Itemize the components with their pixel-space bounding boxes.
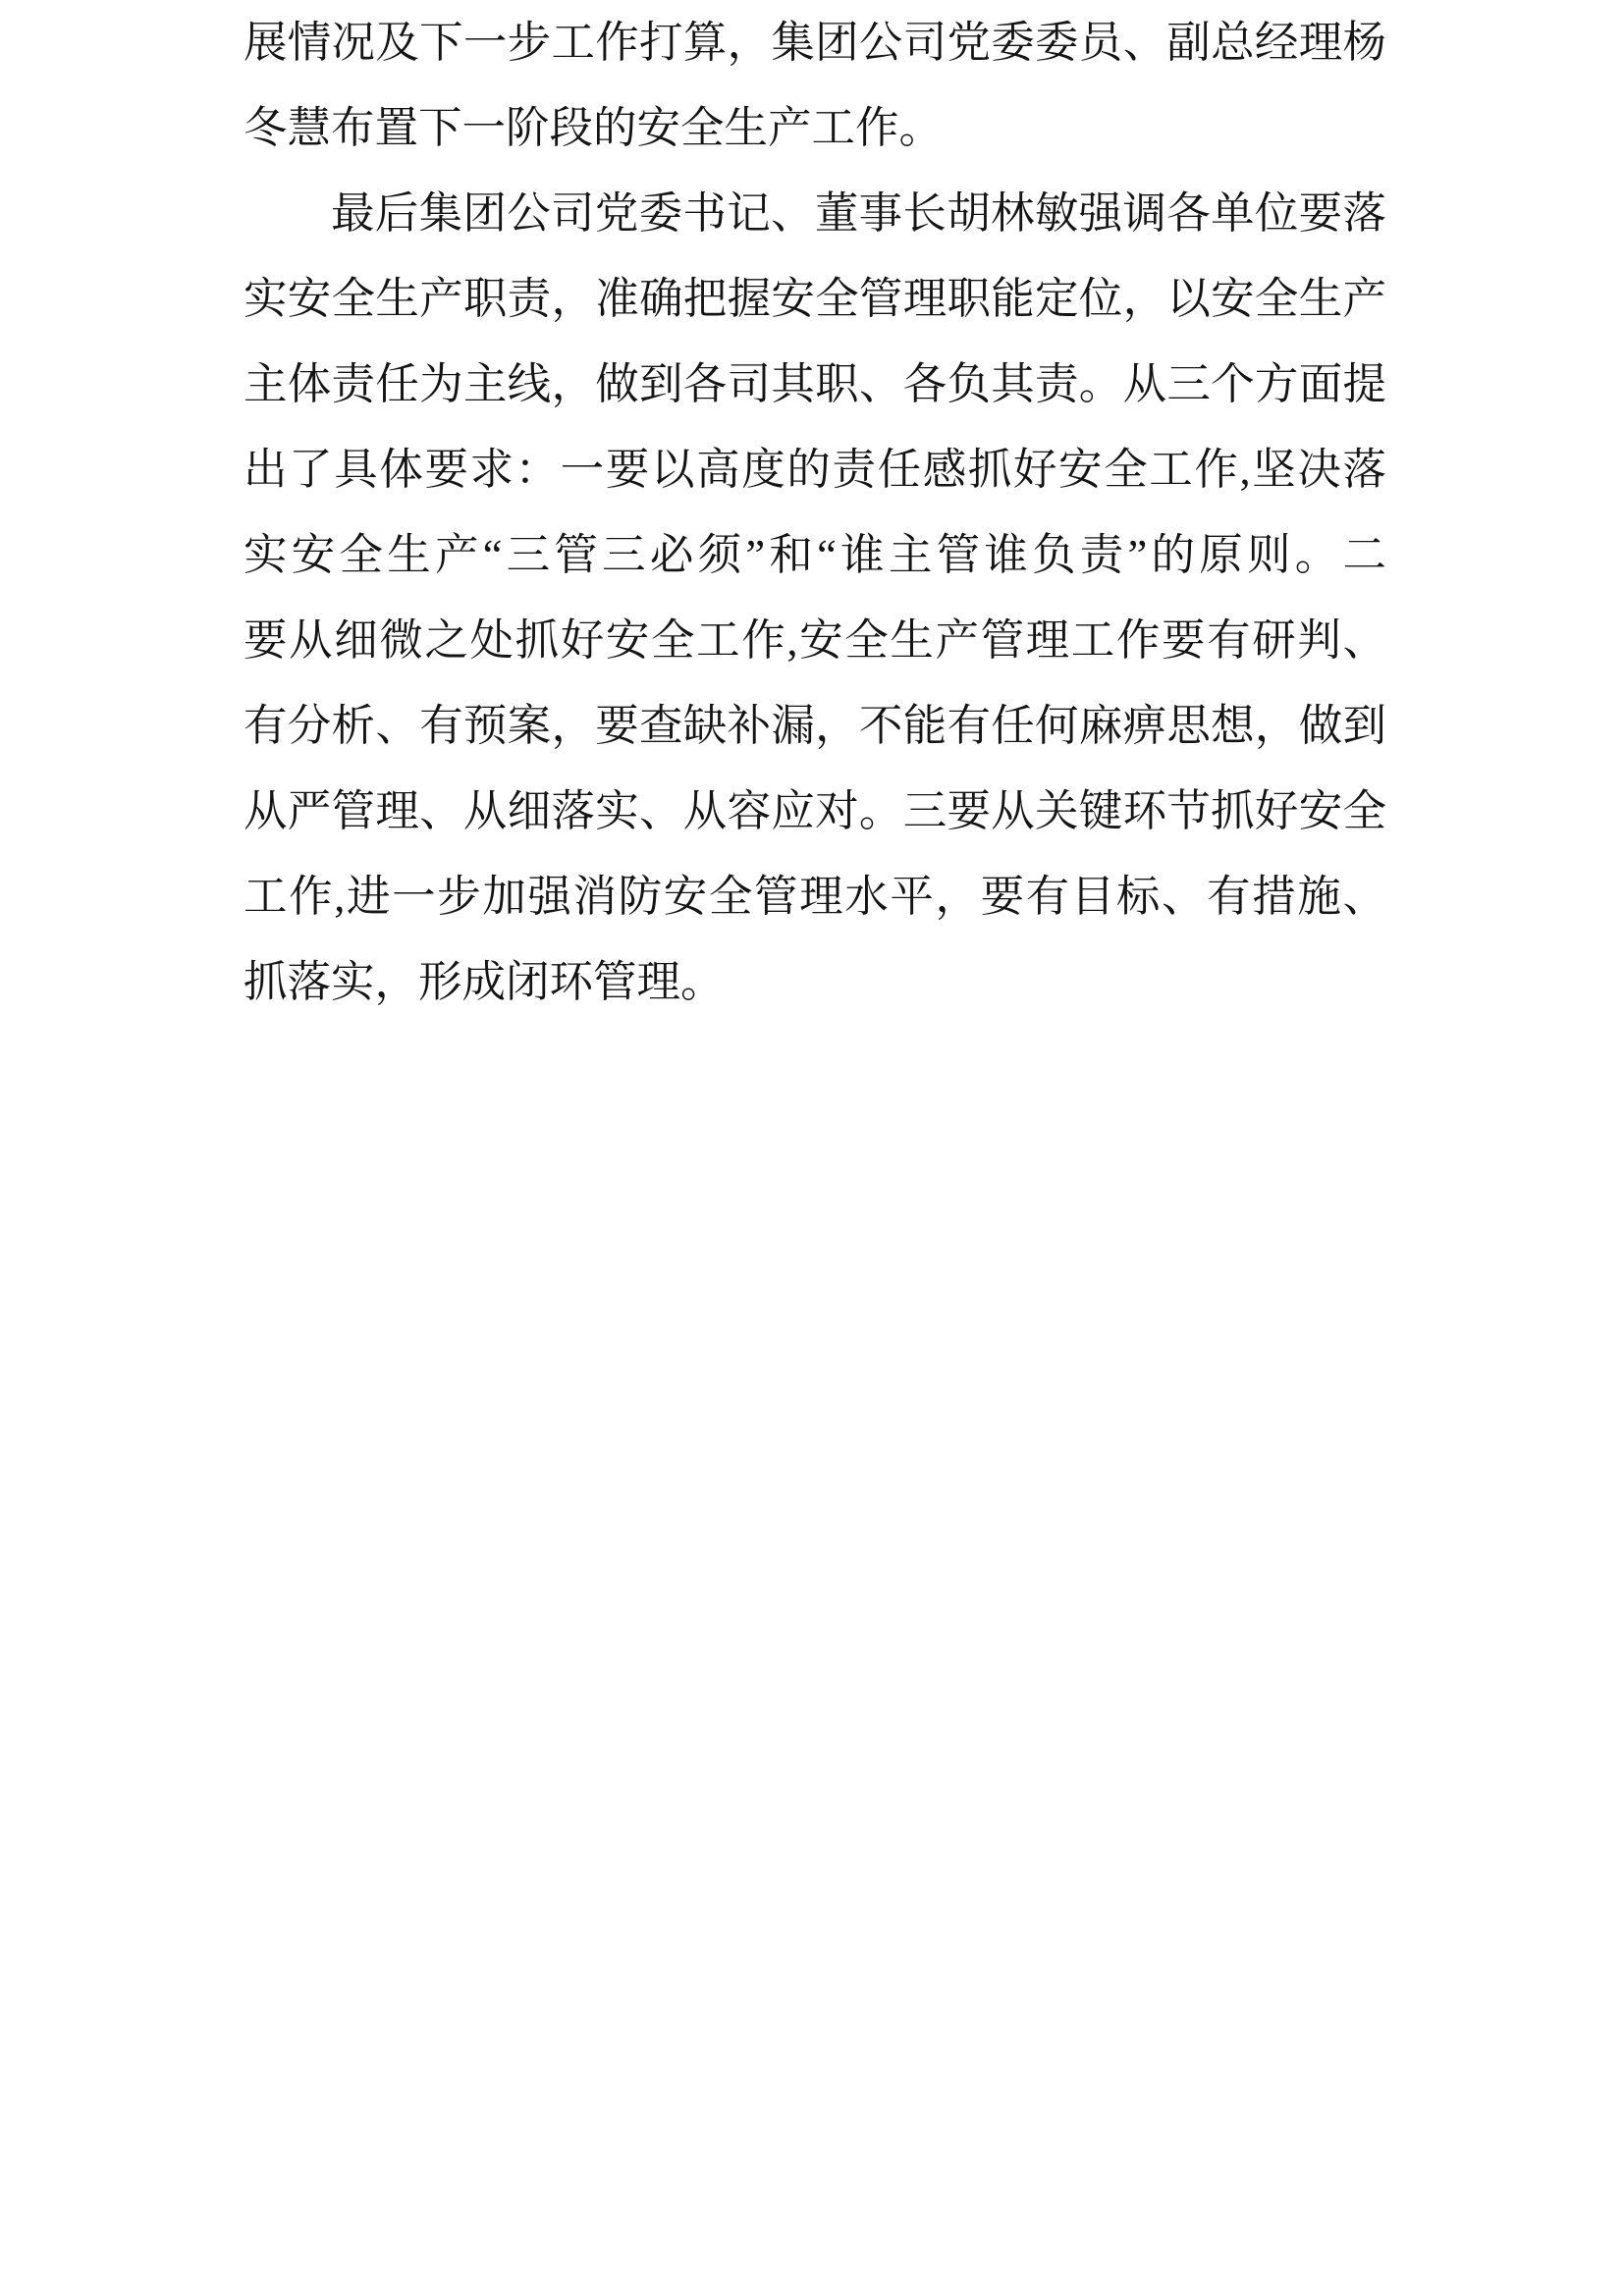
text-line: 展情况及下一步工作打算，集团公司党委委员、副总经理杨: [244, 0, 1386, 85]
text-line-paragraph-start: 最后集团公司党委书记、董事长胡林敏强调各单位要落: [244, 171, 1386, 256]
text-block: 展情况及下一步工作打算，集团公司党委委员、副总经理杨 冬慧布置下一阶段的安全生产…: [244, 0, 1386, 1025]
document-page: 展情况及下一步工作打算，集团公司党委委员、副总经理杨 冬慧布置下一阶段的安全生产…: [0, 0, 1624, 2296]
text-line: 出了具体要求：一要以高度的责任感抓好安全工作,坚决落: [244, 427, 1386, 512]
text-line: 主体责任为主线，做到各司其职、各负其责。从三个方面提: [244, 342, 1386, 427]
text-line: 实安全生产职责，准确把握安全管理职能定位，以安全生产: [244, 256, 1386, 342]
text-line: 实安全生产“三管三必须”和“谁主管谁负责”的原则。二: [244, 512, 1386, 598]
text-line-paragraph-end: 冬慧布置下一阶段的安全生产工作。: [244, 85, 1386, 171]
text-line: 要从细微之处抓好安全工作,安全生产管理工作要有研判、: [244, 598, 1386, 683]
text-line: 有分析、有预案，要查缺补漏，不能有任何麻痹思想，做到: [244, 683, 1386, 769]
text-line-paragraph-end: 抓落实，形成闭环管理。: [244, 939, 1386, 1025]
text-line: 工作,进一步加强消防安全管理水平，要有目标、有措施、: [244, 854, 1386, 939]
text-line: 从严管理、从细落实、从容应对。三要从关键环节抓好安全: [244, 769, 1386, 854]
